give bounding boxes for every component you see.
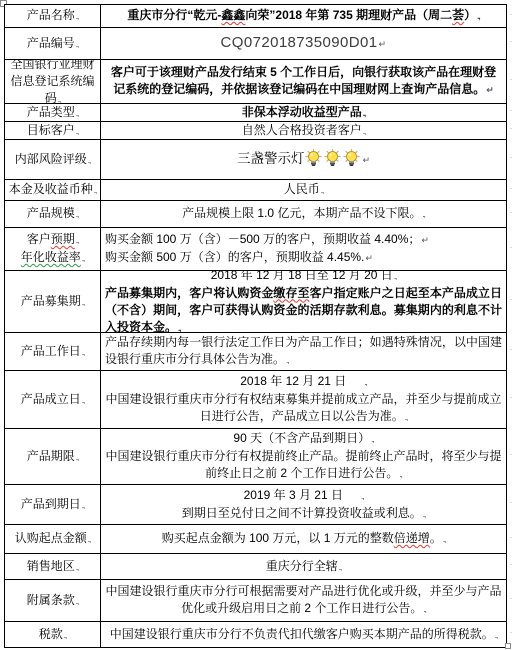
text-segment: 三盏警示灯 <box>237 151 305 166</box>
text-segment: ） <box>464 8 476 22</box>
row-value: 重庆分行全辖., <box>101 554 506 579</box>
gutter-paragraph-mark: . <box>510 153 512 160</box>
text-segment: 预期 <box>51 232 75 246</box>
gutter-paragraph-mark: . <box>510 184 512 191</box>
text-segment: 认购起点金额 <box>15 531 87 545</box>
paragraph: 附属条款., <box>7 592 98 610</box>
paragraph: 产品期限., <box>7 448 98 466</box>
paragraph: 产品工作日., <box>7 343 98 361</box>
row-label: 目标客户., <box>5 122 101 139</box>
end-of-cell-mark: ., <box>321 186 323 195</box>
table-row: 本金及收益币种.,人民币., <box>5 180 506 201</box>
end-of-cell-mark: ., <box>82 396 84 405</box>
row-value: 2019 年 3 月 21 日.,到期日至兑付日之间不计算投资收益或利息。., <box>101 485 506 524</box>
text-segment: 2018 年 12 月 21 日 <box>240 374 346 388</box>
text-segment: 90 天（不含产品到期日） <box>233 431 370 445</box>
text-segment: 产品编号 <box>27 36 75 50</box>
paragraph: 产品规模., <box>7 205 98 223</box>
gutter-paragraph-mark: . <box>510 533 512 540</box>
text-segment: 内部风险评级 <box>15 152 87 166</box>
text-segment: 税款 <box>39 627 63 641</box>
text-segment: 中国建设银行重庆市分行可根据需要对产品进行优化或升级，并至少与产品优化或升级启用… <box>105 584 501 615</box>
paragraph: 重庆分行全辖., <box>105 558 502 576</box>
text-segment: 客户可于该理财产品发行结束 5 个工作日后，向银行获取该产品在理财登记系统的登记… <box>111 65 496 96</box>
text-segment: 荟 <box>452 8 464 22</box>
end-of-cell-mark: ., <box>94 186 96 195</box>
paragraph: 年化收益率., <box>7 249 98 267</box>
text-segment: 本金及收益币种 <box>9 182 93 196</box>
text-segment: 重庆市分行“乾元- <box>127 8 221 22</box>
gutter-paragraph-mark: . <box>510 560 512 567</box>
gutter-paragraph-mark: . <box>510 124 512 131</box>
end-of-cell-mark: ., <box>82 254 84 263</box>
text-segment: 向荣”2018 年第 735 期理财产品（周二 <box>245 8 452 22</box>
row-value: 非保本浮动收益型产品., <box>101 104 506 121</box>
text-segment: 购买金额 100 万（含）－500 万的客户，预期收益 4.40%； <box>105 232 420 246</box>
text-segment: 产品规模上限 1.0 亿元，本期产品不设下限。 <box>182 206 421 220</box>
line-break-mark: ↵ <box>365 253 373 263</box>
paragraph: 本金及收益币种., <box>7 181 98 199</box>
paragraph: 产品存续期内每一银行法定工作日为产品工作日；如遇特殊情况，以中国建设银行重庆市分… <box>105 334 502 369</box>
row-value: 客户可于该理财产品发行结束 5 个工作日后，向银行获取该产品在理财登记系统的登记… <box>101 60 506 103</box>
end-of-cell-mark: ., <box>422 210 424 219</box>
paragraph: 2018 年 12 月 21 日., <box>105 373 502 391</box>
gutter-paragraph-mark: . <box>510 345 512 352</box>
paragraph: 中国建设银行重庆市分行不负责代扣代缴客户购买本期产品的所得税款。., <box>105 626 502 644</box>
text-segment: 产品类型 <box>27 105 75 119</box>
row-label: 税款., <box>5 622 101 647</box>
paragraph: 购买金额 500 万（含）的客户，预期收益 4.45%.↵ <box>105 249 502 267</box>
row-value: 重庆市分行“乾元-鑫鑫向荣”2018 年第 735 期理财产品（周二荟）., <box>101 5 506 27</box>
end-of-cell-mark: ., <box>58 95 60 104</box>
end-of-cell-mark: ., <box>178 324 180 333</box>
text-segment: 年化收益率 <box>21 250 81 264</box>
text-segment: 2018 年 12 月 18 日至 12 月 20 日 <box>211 271 393 282</box>
row-label: 产品规模., <box>5 201 101 227</box>
text-segment: 产品规模 <box>27 206 75 220</box>
row-label: 产品编号., <box>5 28 101 59</box>
text-segment: 全国银行业理财信息登记系统编码 <box>10 60 94 103</box>
table-row: 产品工作日.,产品存续期内每一银行法定工作日为产品工作日；如遇特殊情况，以中国建… <box>5 333 506 371</box>
text-segment: 产品名称 <box>27 8 75 22</box>
text-segment: 自然人合格投资者客户 <box>242 123 362 137</box>
end-of-cell-mark: ., <box>399 470 401 479</box>
row-value: 中国建设银行重庆市分行可根据需要对产品进行优化或升级，并至少与产品优化或升级启用… <box>101 580 506 621</box>
text-segment: 产品募集期 <box>21 294 81 308</box>
text-segment: 。 <box>165 320 177 333</box>
paragraph: 产品募集期., <box>7 293 98 311</box>
row-value: 产品规模上限 1.0 亿元，本期产品不设下限。., <box>101 201 506 227</box>
text-segment: 缴存至 <box>273 286 309 300</box>
row-value: 产品存续期内每一银行法定工作日为产品工作日；如遇特殊情况，以中国建设银行重庆市分… <box>101 333 506 370</box>
row-label: 销售地区., <box>5 554 101 579</box>
end-of-cell-mark: ., <box>286 356 288 365</box>
row-value: 2018 年 12 月 21 日.,中国建设银行重庆市分行有权结束募集并提前成立… <box>101 371 506 428</box>
table-row: 产品成立日.,2018 年 12 月 21 日.,中国建设银行重庆市分行有权结束… <box>5 371 506 429</box>
product-spec-table: 产品名称.,重庆市分行“乾元-鑫鑫向荣”2018 年第 735 期理财产品（周二… <box>4 4 507 648</box>
paragraph: 重庆市分行“乾元-鑫鑫向荣”2018 年第 735 期理财产品（周二荟）., <box>105 7 502 25</box>
row-label: 全国银行业理财信息登记系统编码., <box>5 60 101 103</box>
text-segment: 人民币 <box>284 182 320 196</box>
row-label: 产品期限., <box>5 429 101 484</box>
end-of-cell-mark: ., <box>76 12 78 21</box>
paragraph: 三盏警示灯↵ <box>105 148 502 171</box>
lightbulb-icon <box>324 149 341 168</box>
text-segment: 非保本浮动收益型产品 <box>242 105 362 119</box>
row-value: 90 天（不含产品到期日）.,中国建设银行重庆市分行有权提前终止产品。提前终止产… <box>101 429 506 484</box>
table-row: 产品类型.,非保本浮动收益型产品., <box>5 104 506 122</box>
line-break-mark: ↵ <box>486 85 494 95</box>
text-segment: 产品到期日 <box>21 497 81 511</box>
gutter-paragraph-mark: . <box>510 208 512 215</box>
end-of-cell-mark: ., <box>88 156 90 165</box>
end-of-cell-mark: ., <box>82 501 84 510</box>
row-value: 购买金额 100 万（含）－500 万的客户，预期收益 4.40%；↵购买金额 … <box>101 228 506 270</box>
end-of-cell-mark: ., <box>443 535 445 544</box>
text-segment: 产品存续期内每一银行法定工作日为产品工作日；如遇特殊情况，以中国建设银行重庆市分… <box>105 335 502 366</box>
paragraph: 产品编号., <box>7 35 98 53</box>
paragraph: 2019 年 3 月 21 日., <box>105 487 502 505</box>
row-label: 客户预期.,年化收益率., <box>5 228 101 270</box>
paragraph: 产品规模上限 1.0 亿元，本期产品不设下限。., <box>105 205 502 223</box>
row-label: 附属条款., <box>5 580 101 621</box>
text-segment: 购买金额 500 万（含）的客户，预期收益 4.45%. <box>105 250 364 264</box>
gutter-paragraph-mark: . <box>510 450 512 457</box>
paragraph: 全国银行业理财信息登记系统编码., <box>7 60 98 103</box>
text-segment: 产品募集期内，客户将认购资金 <box>105 286 273 300</box>
end-of-cell-mark: ., <box>82 298 84 307</box>
row-label: 产品类型., <box>5 104 101 121</box>
paragraph: 产品到期日., <box>7 496 98 514</box>
table-row: 附属条款.,中国建设银行重庆市分行可根据需要对产品进行优化或升级，并至少与产品优… <box>5 580 506 622</box>
end-of-cell-mark: ., <box>364 378 366 387</box>
row-value: 购买起点金额为 100 万元，以 1 万元的整数倍递增。., <box>101 525 506 553</box>
row-label: 产品名称., <box>5 5 101 27</box>
end-of-cell-mark: ., <box>371 435 373 444</box>
table-row: 目标客户.,自然人合格投资者客户., <box>5 122 506 140</box>
row-label: 本金及收益币种., <box>5 180 101 200</box>
table-row: 产品编号.,CQ072018735090D01↵ <box>5 28 506 60</box>
paragraph: 中国建设银行重庆市分行有权提前终止产品。提前终止产品时，将至少与提前终止日之前 … <box>105 448 502 483</box>
row-label: 内部风险评级., <box>5 140 101 179</box>
paragraph: 2018 年 12 月 18 日至 12 月 20 日., <box>105 271 502 285</box>
table-row: 产品募集期.,2018 年 12 月 18 日至 12 月 20 日.,产品募集… <box>5 271 506 333</box>
row-label: 产品募集期., <box>5 271 101 332</box>
paragraph: 非保本浮动收益型产品., <box>105 104 502 121</box>
end-of-cell-mark: ., <box>76 453 78 462</box>
end-of-cell-mark: ., <box>363 109 365 118</box>
row-label: 产品工作日., <box>5 333 101 370</box>
paragraph: 人民币., <box>105 181 502 199</box>
text-segment: 产品工作日 <box>21 344 81 358</box>
paragraph: 客户预期., <box>7 231 98 249</box>
gutter-paragraph-mark: . <box>510 498 512 505</box>
text-segment: 中国建设银行重庆市分行有权结束募集并提前成立产品，并至少与提前成立日进行公告，产… <box>105 392 501 423</box>
gutter-paragraph-mark: . <box>510 10 512 17</box>
lightbulb-icon <box>343 149 360 168</box>
paragraph: 购买起点金额为 100 万元，以 1 万元的整数倍递增。., <box>105 530 502 548</box>
paragraph: 产品类型., <box>7 104 98 121</box>
text-segment: 2019 年 3 月 21 日 <box>244 488 343 502</box>
paragraph: 到期日至兑付日之间不计算投资收益或利息。., <box>105 505 502 523</box>
table-row: 产品期限.,90 天（不含产品到期日）.,中国建设银行重庆市分行有权提前终止产品… <box>5 429 506 485</box>
row-label: 认购起点金额., <box>5 525 101 553</box>
row-value: 2018 年 12 月 18 日至 12 月 20 日.,产品募集期内，客户将认… <box>101 271 506 332</box>
end-of-cell-mark: ., <box>363 127 365 136</box>
row-label: 产品成立日., <box>5 371 101 428</box>
paragraph: 认购起点金额., <box>7 530 98 548</box>
text-segment: 鑫鑫 <box>221 8 245 22</box>
gutter-paragraph-mark: . <box>510 75 512 82</box>
line-break-mark: ↵ <box>421 235 429 245</box>
table-row: 产品规模.,产品规模上限 1.0 亿元，本期产品不设下限。., <box>5 201 506 228</box>
end-of-cell-mark: ., <box>76 210 78 219</box>
row-value: 中国建设银行重庆市分行不负责代扣代缴客户购买本期产品的所得税款。., <box>101 622 506 647</box>
gutter-paragraph-mark: . <box>510 295 512 302</box>
text-segment: 购买起点金额为 100 万元，以 1 万元的整数 <box>162 531 394 545</box>
end-of-cell-mark: ., <box>405 413 407 422</box>
end-of-cell-mark: ., <box>423 605 425 614</box>
end-of-cell-mark: ., <box>495 631 497 640</box>
end-of-cell-mark: ., <box>76 109 78 118</box>
gutter-paragraph-mark: . <box>510 628 512 635</box>
text-segment: 倍递增 <box>394 531 430 545</box>
line-break-mark: ↵ <box>378 39 386 49</box>
text-segment: 附属条款 <box>27 593 75 607</box>
text-segment: 销售地区 <box>27 559 75 573</box>
paragraph: 中国建设银行重庆市分行有权结束募集并提前成立产品，并至少与提前成立日进行公告，产… <box>105 391 502 426</box>
text-segment: 重庆分行全辖 <box>266 559 338 573</box>
gutter-paragraph-mark: . <box>510 594 512 601</box>
row-label: 产品到期日., <box>5 485 101 524</box>
table-row: 税款.,中国建设银行重庆市分行不负责代扣代缴客户购买本期产品的所得税款。., <box>5 622 506 647</box>
gutter-paragraph-mark: . <box>510 243 512 250</box>
paragraph: 自然人合格投资者客户., <box>105 122 502 139</box>
paragraph: 购买金额 100 万（含）－500 万的客户，预期收益 4.40%；↵ <box>105 231 502 249</box>
paragraph: 内部风险评级., <box>7 151 98 169</box>
paragraph: 税款., <box>7 626 98 644</box>
table-resize-handle[interactable] <box>505 643 511 649</box>
paragraph: 客户可于该理财产品发行结束 5 个工作日后，向银行获取该产品在理财登记系统的登记… <box>105 64 502 99</box>
text-segment: CQ072018735090D01 <box>221 34 378 51</box>
paragraph: 产品成立日., <box>7 391 98 409</box>
text-segment: 产品成立日 <box>21 392 81 406</box>
text-segment: 入投资本金 <box>105 320 165 333</box>
text-segment: 产品期限 <box>27 449 75 463</box>
table-row: 产品名称.,重庆市分行“乾元-鑫鑫向荣”2018 年第 735 期理财产品（周二… <box>5 5 506 28</box>
gutter-paragraph-mark: . <box>510 393 512 400</box>
paragraph: CQ072018735090D01↵ <box>105 32 502 55</box>
paragraph: 销售地区., <box>7 558 98 576</box>
table-row: 全国银行业理财信息登记系统编码.,客户可于该理财产品发行结束 5 个工作日后，向… <box>5 60 506 104</box>
end-of-cell-mark: ., <box>88 535 90 544</box>
end-of-cell-mark: ., <box>76 236 78 245</box>
paragraph: 目标客户., <box>7 122 98 139</box>
end-of-cell-mark: ., <box>477 12 479 21</box>
end-of-cell-mark: ., <box>64 631 66 640</box>
row-value: 人民币., <box>101 180 506 200</box>
text-segment: 目标客户 <box>27 123 75 137</box>
end-of-cell-mark: ., <box>394 272 396 281</box>
text-segment: 客户 <box>27 232 51 246</box>
text-segment: 到期日至兑付日之间不计算投资收益或利息。 <box>182 506 422 520</box>
paragraph: 中国建设银行重庆市分行可根据需要对产品进行优化或升级，并至少与产品优化或升级启用… <box>105 583 502 618</box>
paragraph: 产品名称., <box>7 7 98 25</box>
text-segment: 。 <box>430 531 442 545</box>
lightbulb-icon <box>305 149 322 168</box>
row-value: CQ072018735090D01↵ <box>101 28 506 59</box>
end-of-cell-mark: ., <box>76 563 78 572</box>
end-of-cell-mark: ., <box>76 597 78 606</box>
row-value: 自然人合格投资者客户., <box>101 122 506 139</box>
text-segment: 中国建设银行重庆市分行不负责代扣代缴客户购买本期产品的所得税款。 <box>110 627 494 641</box>
table-row: 客户预期.,年化收益率.,购买金额 100 万（含）－500 万的客户，预期收益… <box>5 228 506 271</box>
row-value: 三盏警示灯↵ <box>101 140 506 179</box>
gutter-paragraph-mark: . <box>510 106 512 113</box>
paragraph: 产品募集期内，客户将认购资金缴存至客户指定账户之日起至本产品成立日（不含）期间，… <box>105 285 502 333</box>
table-row: 产品到期日.,2019 年 3 月 21 日.,到期日至兑付日之间不计算投资收益… <box>5 485 506 525</box>
end-of-cell-mark: ., <box>423 510 425 519</box>
paragraph: 90 天（不含产品到期日）., <box>105 430 502 448</box>
end-of-cell-mark: ., <box>339 563 341 572</box>
table-row: 认购起点金额.,购买起点金额为 100 万元，以 1 万元的整数倍递增。., <box>5 525 506 554</box>
end-of-cell-mark: ., <box>82 348 84 357</box>
line-break-mark: ↵ <box>362 155 370 165</box>
table-row: 内部风险评级.,三盏警示灯↵ <box>5 140 506 180</box>
table-row: 销售地区.,重庆分行全辖., <box>5 554 506 580</box>
end-of-cell-mark: ., <box>361 492 363 501</box>
gutter-paragraph-mark: . <box>510 37 512 44</box>
end-of-cell-mark: ., <box>76 40 78 49</box>
text-segment: 中国建设银行重庆市分行有权提前终止产品。提前终止产品时，将至少与提前终止日之前 … <box>105 449 501 480</box>
end-of-cell-mark: ., <box>76 127 78 136</box>
